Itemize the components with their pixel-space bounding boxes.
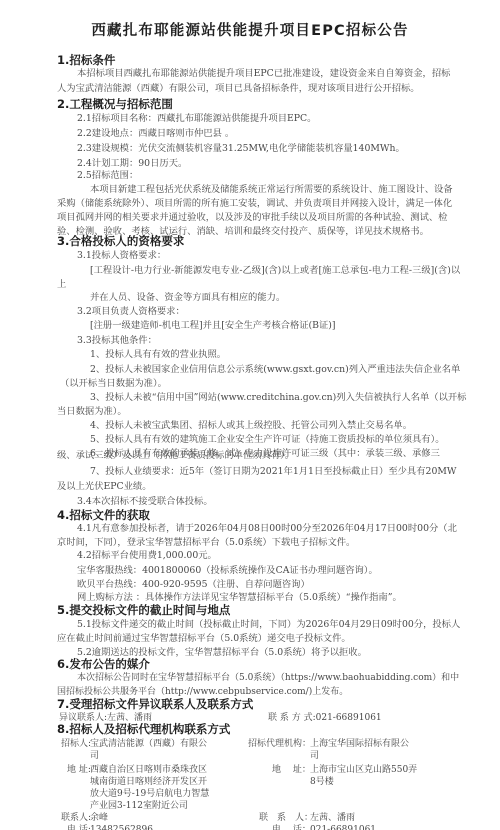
construction-scale-item: 2.3建设规模：光伏交流侧装机容量31.25MW,电化学储能装机容量140MWh… bbox=[77, 143, 405, 155]
bidder-qualification-line: 并在人员、设备、资金等方面具有相应的能力。 bbox=[90, 292, 285, 304]
section-5-heading: 5.提交投标文件的截止时间与地点 bbox=[57, 603, 230, 617]
tenderer-address: 放大道9号-19号启航电力智慧 bbox=[90, 788, 209, 800]
platform-fee-line: 4.2招标平台使用费1,000.00元。 bbox=[77, 550, 217, 562]
bidder-qualification-line: 上 bbox=[57, 279, 66, 291]
agency-contact: 左茜、潘雨 bbox=[310, 812, 355, 824]
scope-text-line: 本项目新建工程包括光伏系统及储能系统正常运行所需要的系统设计、施工图设计、设备 bbox=[90, 184, 453, 196]
oubei-hotline-line: 欧贝平台热线：400-920-9595（注册、自荐问题咨询） bbox=[77, 579, 310, 591]
agency-name: 司 bbox=[310, 750, 319, 762]
other-conditions-label: 3.3投标其他条件： bbox=[77, 335, 157, 347]
condition-item: 4、投标人未被宝武集团、招标人或其上级控股、托管公司列入禁止交易名单。 bbox=[90, 420, 412, 432]
document-acquisition-line: 4.1凡有意参加投标者，请于2026年04月08日00时00分至2026年04月… bbox=[77, 523, 457, 535]
section-1-heading: 1.招标条件 bbox=[57, 53, 115, 67]
tenderer-name: 司 bbox=[90, 750, 99, 762]
section-2-heading: 2.工程概况与招标范围 bbox=[57, 97, 173, 111]
tenderer-contact: 余峰 bbox=[90, 812, 108, 824]
section-8-heading: 8.招标人及招标代理机构联系方式 bbox=[57, 722, 230, 736]
agency-phone: 021-66891061 bbox=[310, 824, 376, 830]
tenderer-phone: 13482562896 bbox=[90, 824, 153, 830]
condition-item: （以开标当日数据为准）。 bbox=[60, 378, 167, 390]
condition-item: 1、投标人具有有效的营业执照。 bbox=[90, 349, 226, 361]
agency-name-label: 招标代理机构： bbox=[248, 738, 311, 750]
bidder-qualification-label: 3.1投标人资格要求： bbox=[77, 250, 166, 262]
condition-item: 7、投标人业绩要求：近5年（签订日期为2021年1月1日至投标截止日）至少具有2… bbox=[90, 466, 456, 478]
submission-deadline-line: 应在截止时间前通过宝华智慧招标平台（5.0系统）递交电子投标文件。 bbox=[57, 633, 351, 645]
tenderer-address-label: 地 址: bbox=[67, 764, 91, 776]
condition-item: 3、投标人未被“信用中国”网站(www.creditchina.gov.cn)列… bbox=[90, 392, 466, 404]
no-consortium-note: 3.4本次招标不接受联合体投标。 bbox=[77, 496, 213, 508]
condition-item: 5、投标人具有有效的建筑施工企业安全生产许可证（持施工资质投标的单位须具有）。 bbox=[90, 434, 445, 446]
agency-address: 上海市宝山区克山路550弄 bbox=[310, 764, 417, 776]
tenderer-phone-label: 电 话: bbox=[67, 824, 91, 830]
tenderer-name-label: 招标人: bbox=[61, 738, 91, 750]
agency-name: 上海宝华国际招标有限公 bbox=[310, 738, 409, 750]
bidder-qualification-line: [工程设计-电力行业-新能源发电专业-乙级](含)以上或者[施工总承包-电力工程… bbox=[90, 265, 460, 277]
scope-text-line: 采购（储能系统除外）、项目所需的所有施工安装，调试、并负责项目并网接入设计，满足… bbox=[57, 198, 452, 210]
agency-address: 8号楼 bbox=[310, 776, 334, 788]
publication-media-line: 本次招标公告同时在宝华智慧招标平台（5.0系统）（https://www.bao… bbox=[77, 672, 459, 684]
condition-item: 2、投标人未被国家企业信用信息公示系统(www.gsxt.gov.cn)列入严重… bbox=[90, 364, 460, 376]
section-7-heading: 7.受理招标文件异议联系人及联系方式 bbox=[57, 697, 253, 711]
tender-announcement-document: 西藏扎布耶能源站供能提升项目EPC招标公告 1.招标条件 本招标项目西藏扎布耶能… bbox=[0, 0, 500, 830]
agency-phone-label: 电 话： bbox=[272, 824, 311, 830]
tenderer-address: 产业园3-112室附近公司 bbox=[90, 800, 188, 812]
condition-item: 当日数据为准）。 bbox=[57, 406, 127, 418]
section-6-heading: 6.发布公告的媒介 bbox=[57, 657, 150, 671]
condition-item: 级、承试三级）及以上（持施工资质投标的单位须具有）。 bbox=[57, 450, 294, 462]
section-1-text-line: 人为宝武清洁能源（西藏）有限公司，项目已具备招标条件，现对该项目进行公开招标。 bbox=[57, 83, 420, 95]
baohua-hotline-line: 宝华客服热线：4001800060（投标系统操作及CA证书办理问题咨询）。 bbox=[77, 565, 378, 577]
tenderer-contact-label: 联系人: bbox=[61, 812, 91, 824]
tenderer-address: 城南街道日喀则经济开发区开 bbox=[90, 776, 207, 788]
document-title: 西藏扎布耶能源站供能提升项目EPC招标公告 bbox=[0, 19, 500, 40]
scope-text-line: 项目孤网并网的相关要求并通过验收，以及涉及的审批手续以及项目所需的各种试验、测试… bbox=[57, 212, 447, 224]
submission-deadline-line: 5.1投标文件递交的截止时间（投标截止时间，下同）为2026年04月29日09时… bbox=[77, 619, 460, 631]
tenderer-address: 西藏自治区日喀则市桑珠孜区 bbox=[90, 764, 207, 776]
schedule-item: 2.4计划工期：90日历天。 bbox=[77, 158, 187, 170]
project-manager-qualification-label: 3.2项目负责人资格要求： bbox=[77, 306, 185, 318]
condition-item: 及以上光伏EPC业绩。 bbox=[57, 481, 152, 493]
section-1-text-line: 本招标项目西藏扎布耶能源站供能提升项目EPC已批准建设，建设资金来自自筹资金，招… bbox=[77, 68, 450, 80]
section-3-heading: 3.合格投标人的资格要求 bbox=[57, 234, 184, 248]
document-acquisition-line: 京时间，下同），登录宝华智慧招标平台（5.0系统）下载电子招标文件。 bbox=[57, 537, 355, 549]
tenderer-name: 宝武清洁能源（西藏）有限公 bbox=[90, 738, 207, 750]
agency-address-label: 地 址： bbox=[272, 764, 311, 776]
section-4-heading: 4.招标文件的获取 bbox=[57, 508, 150, 522]
agency-contact-label: 联 系 人： bbox=[259, 812, 313, 824]
construction-location-item: 2.2建设地点：西藏日喀则市仲巴县 。 bbox=[77, 128, 234, 140]
scope-label: 2.5招标范围： bbox=[77, 170, 138, 182]
project-manager-qualification-line: [注册一级建造师-机电工程]并且[安全生产考核合格证(B证)] bbox=[90, 320, 336, 332]
project-name-item: 2.1招标项目名称：西藏扎布耶能源站供能提升项目EPC。 bbox=[77, 113, 316, 125]
objection-phone: 联 系 方 式:021-66891061 bbox=[268, 712, 382, 724]
